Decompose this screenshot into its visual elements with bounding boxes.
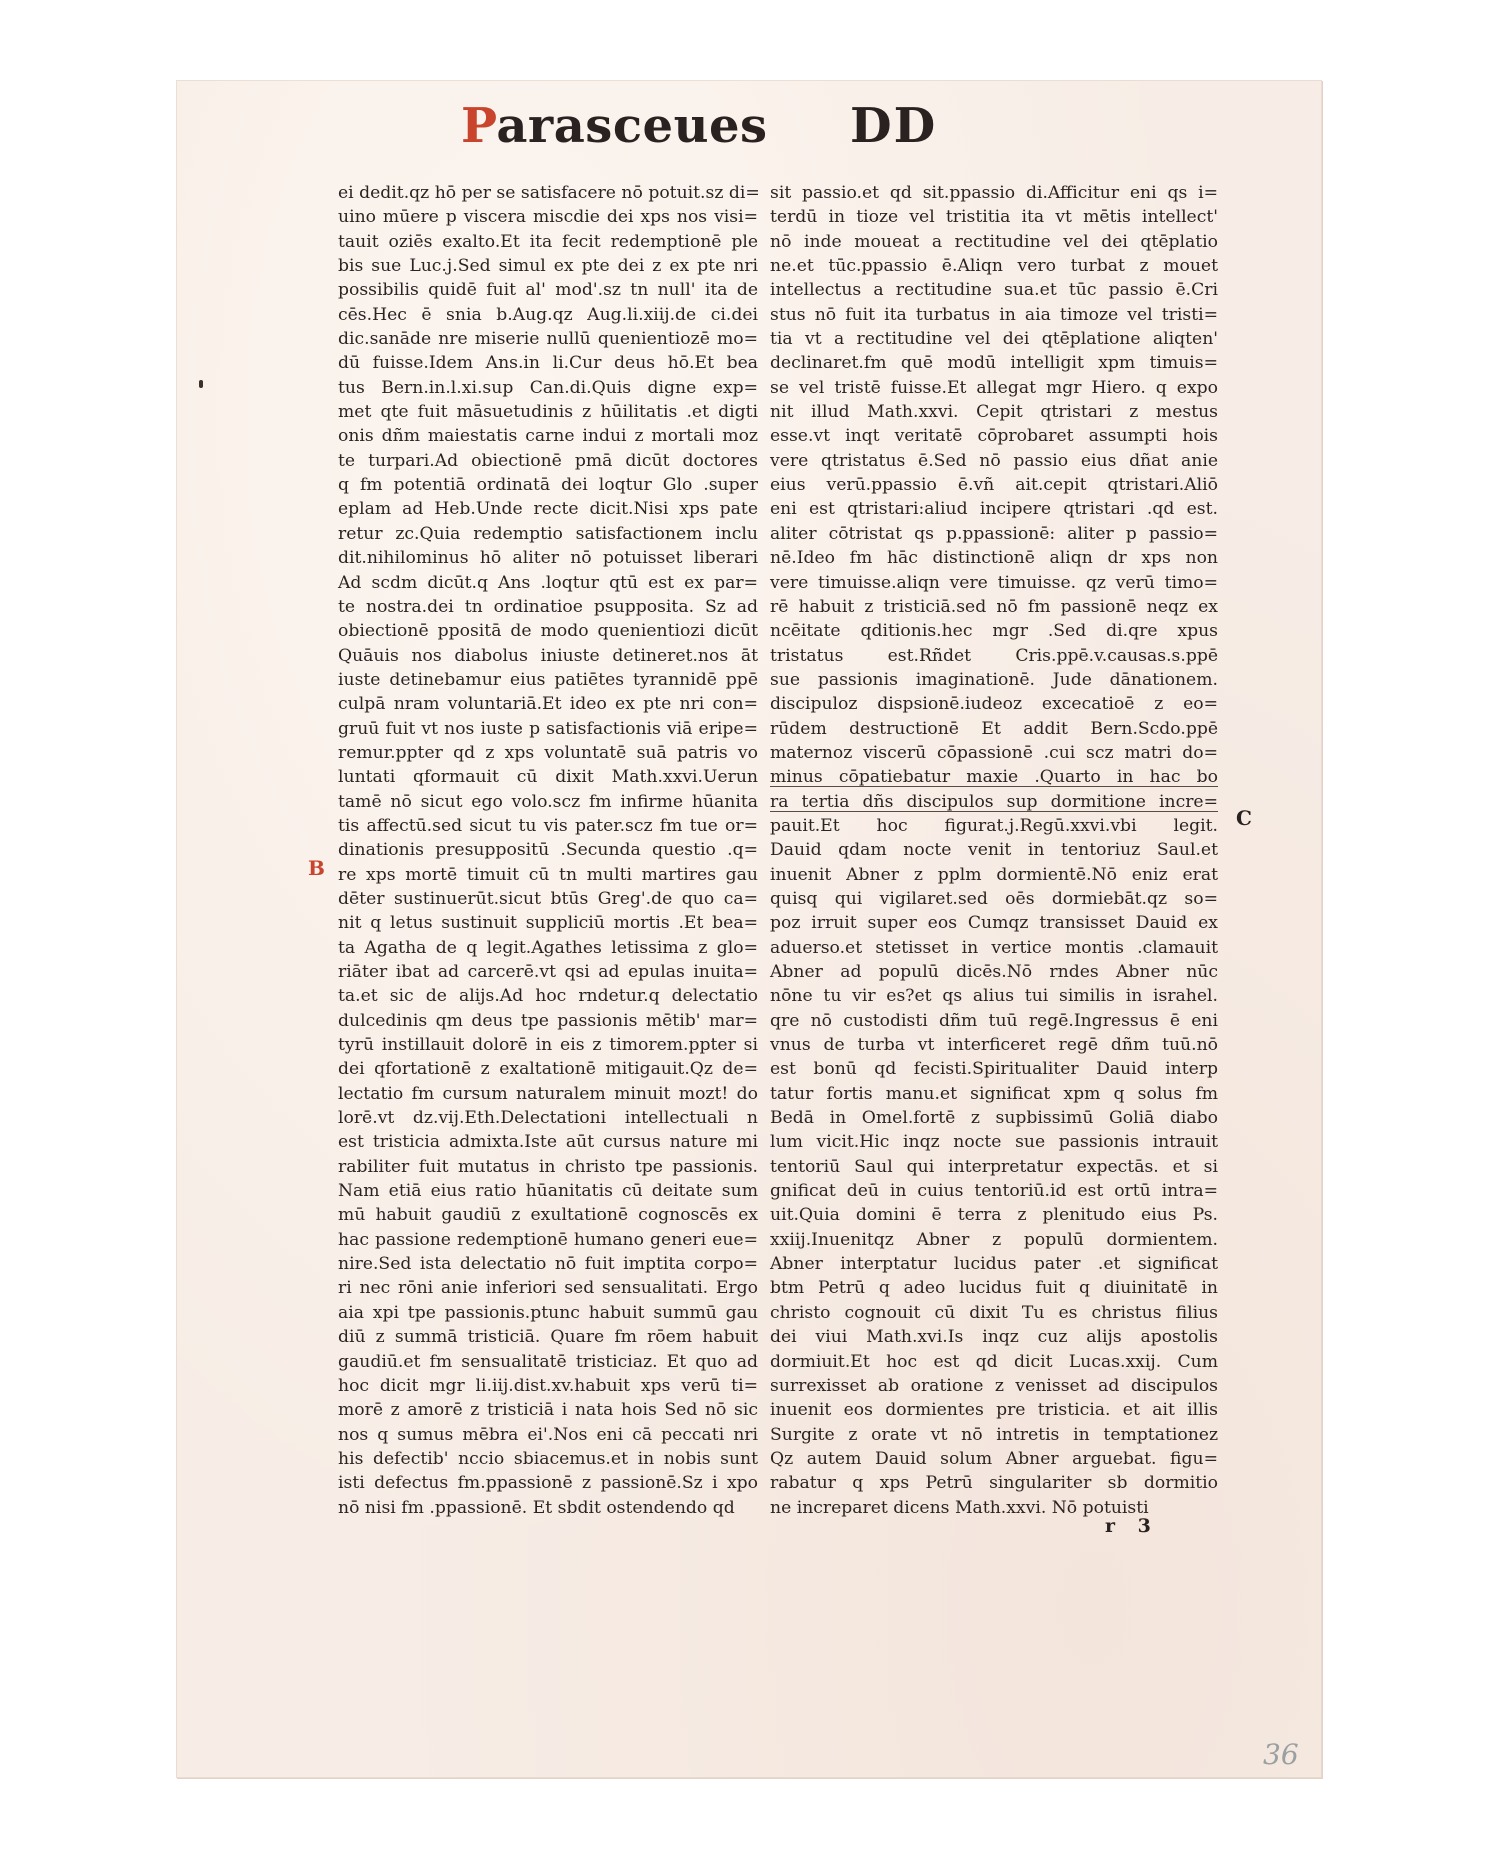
- text-line: tia vt a rectitudine vel dei qtēplatione…: [770, 327, 1218, 351]
- text-line: maternoz viscerū cōpassionē .cui scz mat…: [770, 741, 1218, 765]
- text-line: dormiuit.Et hoc est qd dicit Lucas.xxij.…: [770, 1350, 1218, 1374]
- text-line: Quāuis nos diabolus iniuste detineret.no…: [338, 644, 758, 668]
- running-title: Parasceues: [461, 96, 768, 156]
- text-line: ncēitate qditionis.hec mgr .Sed di.qre x…: [770, 619, 1218, 643]
- text-line: ra tertia dñs discipulos sup dormitione …: [770, 790, 1218, 814]
- text-line: dei qfortationē z exaltationē mitigauit.…: [338, 1057, 758, 1081]
- text-line: dei viui Math.xvi.Is inqz cuz alijs apos…: [770, 1325, 1218, 1349]
- text-line: est tristicia admixta.Iste aūt cursus na…: [338, 1130, 758, 1154]
- text-line: minus cōpatiebatur maxie .Quarto in hac …: [770, 765, 1218, 789]
- text-line: tis affectū.sed sicut tu vis pater.scz f…: [338, 814, 758, 838]
- text-line: ta.et sic de alijs.Ad hoc rndetur.q dele…: [338, 984, 758, 1008]
- left-text-column: ei dedit.qz hō per se satisfacere nō pot…: [338, 181, 758, 1520]
- text-line: se vel tristē fuisse.Et allegat mgr Hier…: [770, 376, 1218, 400]
- text-line: gaudiū.et fm sensualitatē tristiciaz. Et…: [338, 1350, 758, 1374]
- text-line: rabatur q xps Petrū singulariter sb dorm…: [770, 1471, 1218, 1495]
- text-line: rabiliter fuit mutatus in christo tpe pa…: [338, 1155, 758, 1179]
- text-line: declinaret.fm quē modū intelligit xpm ti…: [770, 351, 1218, 375]
- text-line: isti defectus fm.ppassionē z passionē.Sz…: [338, 1471, 758, 1495]
- text-line: tyrū instillauit dolorē in eis z timorem…: [338, 1033, 758, 1057]
- margin-letter-b-glyph: B: [308, 856, 325, 880]
- text-line: christo cognouit cū dixit Tu es christus…: [770, 1301, 1218, 1325]
- text-line: terdū in tioze vel tristitia ita vt mēti…: [770, 205, 1218, 229]
- text-line: dēter sustinuerūt.sicut btūs Greg'.de qu…: [338, 887, 758, 911]
- text-line: riāter ibat ad carcerē.vt qsi ad epulas …: [338, 960, 758, 984]
- text-line: tamē nō sicut ego volo.scz fm infirme hū…: [338, 790, 758, 814]
- text-line: hac passione redemptionē humano generi e…: [338, 1228, 758, 1252]
- text-line: vere timuisse.aliqn vere timuisse. qz ve…: [770, 571, 1218, 595]
- text-line: rē habuit z tristiciā.sed nō fm passionē…: [770, 595, 1218, 619]
- text-line: tatur fortis manu.et significat xpm q so…: [770, 1082, 1218, 1106]
- text-line: quisq qui vigilaret.sed oēs dormiebāt.qz…: [770, 887, 1218, 911]
- text-line: re xps mortē timuit cū tn multi martires…: [338, 863, 758, 887]
- text-line: ri nec rōni anie inferiori sed sensualit…: [338, 1276, 758, 1300]
- text-line: ta Agatha de q legit.Agathes letissima z…: [338, 936, 758, 960]
- text-line: xxiij.Inuenitqz Abner z populū dormiente…: [770, 1228, 1218, 1252]
- text-line: gnificat deū in cuius tentoriū.id est or…: [770, 1179, 1218, 1203]
- text-line: inuenit Abner z pplm dormientē.Nō eniz e…: [770, 863, 1218, 887]
- text-line: qre nō custodisti dñm tuū regē.Ingressus…: [770, 1009, 1218, 1033]
- header-signature-letters: DD: [850, 96, 937, 156]
- text-line: Ad scdm dicūt.q Ans .loqtur qtū est ex p…: [338, 571, 758, 595]
- text-line: stus nō fuit ita turbatus in aia timoze …: [770, 303, 1218, 327]
- text-line: discipuloz dispsionē.iudeoz excecatioē z…: [770, 692, 1218, 716]
- text-line: nos q sumus mēbra ei'.Nos eni cā peccati…: [338, 1423, 758, 1447]
- text-line: btm Petrū q adeo lucidus fuit q diuinita…: [770, 1276, 1218, 1300]
- text-line: rūdem destructionē Et addit Bern.Scdo.pp…: [770, 717, 1218, 741]
- text-line: Surgite z orate vt nō intretis in tempta…: [770, 1423, 1218, 1447]
- text-line: dit.nihilominus hō aliter nō potuisset l…: [338, 546, 758, 570]
- text-line: dū fuisse.Idem Ans.in li.Cur deus hō.Et …: [338, 351, 758, 375]
- text-line: iuste detinebamur eius patiētes tyrannid…: [338, 668, 758, 692]
- text-line: sit passio.et qd sit.ppassio di.Afficitu…: [770, 181, 1218, 205]
- text-line: aliter cōtristat qs p.ppassionē: aliter …: [770, 522, 1218, 546]
- text-line: possibilis quidē fuit al' mod'.sz tn nul…: [338, 278, 758, 302]
- text-line: uit.Quia domini ē terra z plenitudo eius…: [770, 1203, 1218, 1227]
- text-line: retur zc.Quia redemptio satisfactionem i…: [338, 522, 758, 546]
- text-line: Bedā in Omel.fortē z supbissimū Goliā di…: [770, 1106, 1218, 1130]
- margin-letter-b: B: [308, 856, 325, 880]
- text-line: aia xpi tpe passionis.ptunc habuit summū…: [338, 1301, 758, 1325]
- text-line: eius verū.ppassio ē.vñ ait.cepit qtrista…: [770, 473, 1218, 497]
- text-line: dic.sanāde nre miserie nullū quenientioz…: [338, 327, 758, 351]
- text-line: nō inde moueat a rectitudine vel dei qtē…: [770, 230, 1218, 254]
- text-line: dulcedinis qm deus tpe passionis mētib' …: [338, 1009, 758, 1033]
- text-line: aduerso.et stetisset in vertice montis .…: [770, 936, 1218, 960]
- text-line: Qz autem Dauid solum Abner arguebat. fig…: [770, 1447, 1218, 1471]
- text-line: Abner interptatur lucidus pater .et sign…: [770, 1252, 1218, 1276]
- text-line: obiectionē ppositā de modo quenientiozi …: [338, 619, 758, 643]
- text-line: poz irruit super eos Cumqz transisset Da…: [770, 911, 1218, 935]
- text-line: remur.ppter qd z xps voluntatē suā patri…: [338, 741, 758, 765]
- text-line: met qte fuit māsuetudinis z hūilitatis .…: [338, 400, 758, 424]
- text-line: Dauid qdam nocte venit in tentoriuz Saul…: [770, 838, 1218, 862]
- text-line: ne.et tūc.ppassio ē.Aliqn vero turbat z …: [770, 254, 1218, 278]
- text-line: dinationis presuppositū .Secunda questio…: [338, 838, 758, 862]
- text-line: morē z amorē z tristiciā i nata hois Sed…: [338, 1398, 758, 1422]
- text-line: luntati qformauit cū dixit Math.xxvi.Uer…: [338, 765, 758, 789]
- text-line: tristatus est.Rñdet Cris.ppē.v.causas.s.…: [770, 644, 1218, 668]
- text-line: bis sue Luc.j.Sed simul ex pte dei z ex …: [338, 254, 758, 278]
- text-line: nōne tu vir es?et qs alius tui similis i…: [770, 984, 1218, 1008]
- rubricated-initial: P: [461, 98, 496, 154]
- text-line: onis dñm maiestatis carne indui z mortal…: [338, 424, 758, 448]
- text-line: lorē.vt dz.vij.Eth.Delectationi intellec…: [338, 1106, 758, 1130]
- text-line: nit q letus sustinuit suppliciū mortis .…: [338, 911, 758, 935]
- text-line: te nostra.dei tn ordinatioe psupposita. …: [338, 595, 758, 619]
- text-line: Abner ad populū dicēs.Nō rndes Abner nūc: [770, 960, 1218, 984]
- text-line: sue passionis imaginationē. Jude dānatio…: [770, 668, 1218, 692]
- text-line: uino mūere p viscera miscdie dei xps nos…: [338, 205, 758, 229]
- text-line: Nam etiā eius ratio hūanitatis cū deitat…: [338, 1179, 758, 1203]
- margin-ink-dot: [199, 380, 203, 388]
- text-line: nē.Ideo fm hāc distinctionē aliqn dr xps…: [770, 546, 1218, 570]
- text-line: esse.vt inqt veritatē cōprobaret assumpt…: [770, 424, 1218, 448]
- text-line: intellectus a rectitudine sua.et tūc pas…: [770, 278, 1218, 302]
- margin-letter-c-glyph: C: [1236, 806, 1252, 830]
- text-line: tus Bern.in.l.xi.sup Can.di.Quis digne e…: [338, 376, 758, 400]
- running-title-rest: arasceues: [496, 98, 767, 154]
- text-line: tentoriū Saul qui interpretatur expectās…: [770, 1155, 1218, 1179]
- right-text-column: sit passio.et qd sit.ppassio di.Afficitu…: [770, 181, 1218, 1520]
- pencil-folio-number: 36: [1263, 1738, 1299, 1771]
- margin-letter-c: C: [1236, 806, 1252, 830]
- text-line: his defectib' nccio sbiacemus.et in nobi…: [338, 1447, 758, 1471]
- text-line: lum vicit.Hic inqz nocte sue passionis i…: [770, 1130, 1218, 1154]
- text-line: nire.Sed ista delectatio nō fuit imptita…: [338, 1252, 758, 1276]
- text-line: culpā nram voluntariā.Et ideo ex pte nri…: [338, 692, 758, 716]
- text-line: pauit.Et hoc figurat.j.Regū.xxvi.vbi leg…: [770, 814, 1218, 838]
- text-line: vere qtristatus ē.Sed nō passio eius dña…: [770, 449, 1218, 473]
- text-line: tauit oziēs exalto.Et ita fecit redempti…: [338, 230, 758, 254]
- text-line: nit illud Math.xxvi. Cepit qtristari z m…: [770, 400, 1218, 424]
- text-line: gruū fuit vt nos iuste p satisfactionis …: [338, 717, 758, 741]
- text-line: nō nisi fm .ppassionē. Et sbdit ostenden…: [338, 1496, 758, 1520]
- text-line: lectatio fm cursum naturalem minuit mozt…: [338, 1082, 758, 1106]
- text-line: q fm potentiā ordinatā dei loqtur Glo .s…: [338, 473, 758, 497]
- text-line: diū z summā tristiciā. Quare fm rōem hab…: [338, 1325, 758, 1349]
- text-line: eplam ad Heb.Unde recte dicit.Nisi xps p…: [338, 497, 758, 521]
- quire-signature: r 3: [1105, 1515, 1159, 1537]
- text-line: inuenit eos dormientes pre tristicia. et…: [770, 1398, 1218, 1422]
- text-line: te turpari.Ad obiectionē pmā dicūt docto…: [338, 449, 758, 473]
- text-line: hoc dicit mgr li.iij.dist.xv.habuit xps …: [338, 1374, 758, 1398]
- text-line: mū habuit gaudiū z exultationē cognoscēs…: [338, 1203, 758, 1227]
- text-line: ei dedit.qz hō per se satisfacere nō pot…: [338, 181, 758, 205]
- text-line: cēs.Hec ē snia b.Aug.qz Aug.li.xiij.de c…: [338, 303, 758, 327]
- text-line: eni est qtristari:aliud incipere qtrista…: [770, 497, 1218, 521]
- text-line: surrexisset ab oratione z venisset ad di…: [770, 1374, 1218, 1398]
- text-line: est bonū qd fecisti.Spiritualiter Dauid …: [770, 1057, 1218, 1081]
- text-line: vnus de turba vt interficeret regē dñm t…: [770, 1033, 1218, 1057]
